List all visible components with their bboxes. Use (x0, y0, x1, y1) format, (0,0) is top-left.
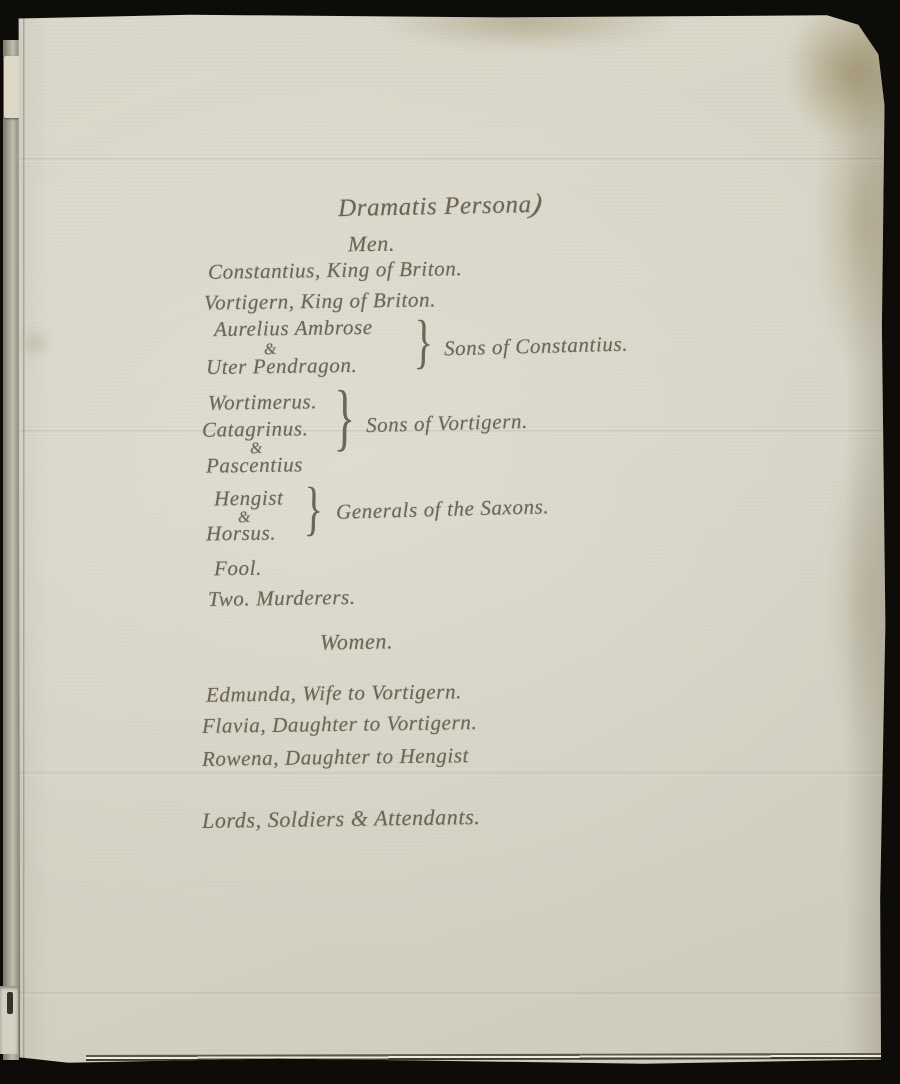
entry-hengist: Hengist (214, 486, 284, 512)
entry-edmunda: Edmunda, Wife to Vortigern. (206, 679, 462, 708)
horizontal-crease (16, 158, 888, 162)
page-title-text: Dramatis Persona (338, 191, 532, 222)
left-speck-stain (22, 330, 48, 356)
gutter-fold-crease (23, 10, 26, 1068)
entry-wortimerus: Wortimerus. (208, 389, 317, 416)
group-label-vortigern: Sons of Vortigern. (366, 409, 529, 438)
section-heading-men: Men. (348, 231, 395, 258)
entry-rowena: Rowena, Daughter to Hengist (202, 743, 469, 772)
entry-vortigern: Vortigern, King of Briton. (204, 287, 436, 315)
spine-tab-slit (7, 992, 13, 1014)
group-brace: } (334, 380, 356, 455)
right-edge-stain (828, 440, 898, 760)
spine-tab-top (4, 56, 20, 118)
entry-flavia: Flavia, Daughter to Vortigern. (202, 710, 478, 739)
entry-catagrinus: Catagrinus. (202, 416, 309, 442)
entry-murderers: Two. Murderers. (208, 585, 356, 612)
entry-aurelius: Aurelius Ambrose (214, 315, 373, 342)
section-heading-women: Women. (320, 628, 394, 655)
group-brace: } (413, 312, 434, 373)
bottom-leaf-edge (86, 1053, 882, 1061)
entry-pascentius: Pascentius (206, 452, 303, 478)
photo-background: Dramatis Persona) Men. Constantius, King… (0, 0, 900, 1084)
manuscript-page: Dramatis Persona) Men. Constantius, King… (16, 10, 888, 1068)
group-label-saxons: Generals of the Saxons. (336, 494, 550, 525)
entry-constantius: Constantius, King of Briton. (208, 256, 463, 285)
group-label-constantius: Sons of Constantius. (444, 332, 629, 362)
entry-fool: Fool. (214, 556, 262, 582)
top-edge-stain (376, 0, 676, 50)
edge-stain (816, 70, 900, 370)
group-brace: } (303, 479, 324, 540)
horizontal-crease (16, 772, 888, 776)
page-title: Dramatis Persona) (338, 186, 543, 224)
underlying-page-edge (3, 40, 19, 1060)
entry-horsus: Horsus. (206, 521, 276, 547)
entry-attendants: Lords, Soldiers & Attendants. (202, 804, 481, 834)
horizontal-crease (16, 992, 888, 996)
